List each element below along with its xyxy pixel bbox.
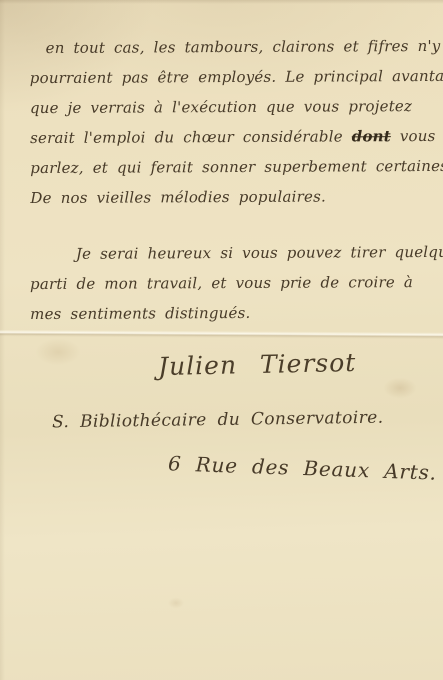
handwriting-text: Je serai heureux si vous pouvez tirer qu… — [76, 243, 443, 263]
handwriting-line: De nos vieilles mélodies populaires. — [30, 181, 433, 213]
handwriting-text: parlez, et qui ferait sonner superbement… — [30, 157, 443, 177]
handwriting-line: en tout cas, les tambours, clairons et f… — [30, 31, 433, 63]
handwriting-text: vous — [391, 127, 436, 145]
letter-page: en tout cas, les tambours, clairons et f… — [0, 0, 443, 680]
handwriting-line: pourraient pas être employés. Le princip… — [30, 61, 433, 93]
struck-word: dont — [352, 127, 391, 145]
handwriting-line: parlez, et qui ferait sonner superbement… — [30, 151, 433, 183]
handwriting-line: parti de mon travail, et vous prie de cr… — [30, 267, 433, 299]
signature-address: 6 Rue des Beaux Arts. — [168, 451, 438, 484]
handwriting-text: pourraient pas être employés. Le princip… — [30, 67, 443, 87]
handwriting-text: mes sentiments distingués. — [30, 304, 250, 323]
fold-crease — [0, 330, 443, 340]
handwriting-line: Je serai heureux si vous pouvez tirer qu… — [30, 237, 433, 269]
letter-body-paragraph-1: en tout cas, les tambours, clairons et f… — [30, 31, 434, 213]
handwriting-text: De nos vieilles mélodies populaires. — [30, 188, 326, 208]
handwriting-line: que je verrais à l'exécution que vous pr… — [30, 91, 433, 123]
handwriting-line: serait l'emploi du chœur considérable do… — [30, 121, 433, 153]
handwriting-text: parti de mon travail, et vous prie de cr… — [30, 273, 413, 293]
handwriting-text: en tout cas, les tambours, clairons et f… — [46, 37, 441, 57]
signature-name: Julien Tiersot — [158, 348, 357, 381]
handwriting-line: mes sentiments distingués. — [30, 297, 433, 329]
letter-body-paragraph-2: Je serai heureux si vous pouvez tirer qu… — [30, 237, 433, 329]
handwriting-text: que je verrais à l'exécution que vous pr… — [30, 97, 412, 117]
signature-title: S. Bibliothécaire du Conservatoire. — [52, 408, 384, 433]
handwriting-text: serait l'emploi du chœur considérable — [30, 127, 352, 147]
